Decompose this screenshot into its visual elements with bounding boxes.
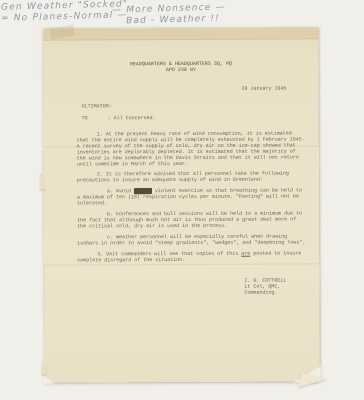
crease-line xyxy=(44,263,319,265)
to-value: : All Concerned. xyxy=(108,115,156,121)
memo-date: 29 January 1945 xyxy=(241,86,286,92)
underlined-word: are xyxy=(241,251,250,257)
memo-paragraph-3: 3. Unit commanders will see that copies … xyxy=(77,250,306,263)
memo-addressee: TO: All Concerned. xyxy=(82,115,156,121)
dog-ear-fold-flap xyxy=(298,373,327,394)
handwritten-note-4: Bad - Weather !! xyxy=(126,14,220,27)
letterhead-line-2: APO 230 NY xyxy=(43,66,318,73)
dog-ear-cut-bottom-left xyxy=(44,376,54,384)
memo-paragraph-2b: b. Conferences and bull sessions will be… xyxy=(77,210,306,229)
torn-edge-tab xyxy=(42,363,47,375)
signature-title: Commanding. xyxy=(244,290,286,296)
memo-letterhead: HEADQUARTERS & HEADQUARTERS SQ, HQ APO 2… xyxy=(43,60,318,73)
memo-paragraph-2: 2. It is therefore advised that all pers… xyxy=(77,170,306,183)
scanned-memo-photo: Gen Weather "Socked" — More Nonsence — =… xyxy=(0,0,364,400)
signature-block: I. G. COTTRELL Lt Col, QMC, Commanding. xyxy=(244,278,286,296)
memo-paragraph-2a: a. Avoid ██████ violent exercise so that… xyxy=(77,187,306,206)
memo-subject: ULTIMATUM: xyxy=(82,103,112,109)
torn-edge-tab xyxy=(40,174,45,190)
memo-paper: HEADQUARTERS & HEADQUARTERS SQ, HQ APO 2… xyxy=(43,27,320,382)
handwritten-note-3: = No Planes-Normal — xyxy=(1,10,128,24)
memo-paragraph-2c: c. Weather personnel will be especially … xyxy=(77,233,306,246)
tape-strip xyxy=(43,27,318,40)
to-label: TO xyxy=(82,115,88,121)
memo-paragraph-1: 1. At the present heavy rate of wind con… xyxy=(77,130,306,167)
